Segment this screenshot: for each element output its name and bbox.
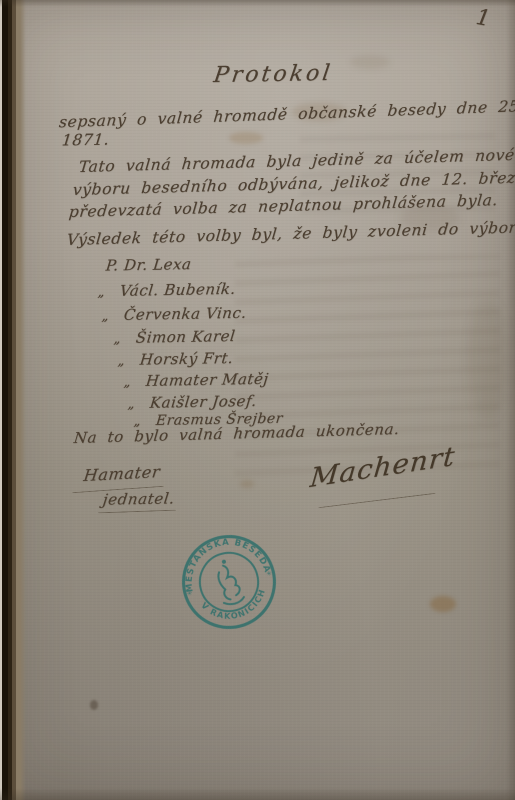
ditto-mark: „	[123, 375, 147, 390]
member-row: „Hamater Matěj	[123, 370, 270, 391]
member-name: Šimon Karel	[135, 327, 236, 347]
book-binding-edge	[0, 0, 26, 800]
paper-stain	[468, 300, 508, 420]
member-row: „Šimon Karel	[113, 327, 236, 347]
member-name: Václ. Bubeník.	[119, 280, 237, 300]
subtitle-line-2: 1871.	[61, 131, 110, 150]
member-row: „Červenka Vinc.	[101, 304, 248, 325]
member-name: Horský Frt.	[139, 349, 234, 369]
signature-left-role: jednatel.	[102, 489, 176, 508]
ditto-mark: „	[117, 354, 141, 369]
signature-role-underline	[98, 510, 176, 514]
elected-members-list: P. Dr. Lexa „Václ. Bubeník. „Červenka Vi…	[84, 256, 404, 441]
paper-stain	[90, 700, 98, 710]
result-line: Výsledek této volby byl, že byly zvoleni…	[66, 218, 515, 249]
signature-right-name: Machenrt	[309, 441, 457, 494]
signature-left-name: Hamater	[83, 462, 162, 485]
paper-stain	[229, 132, 263, 144]
paper-stain	[430, 596, 456, 612]
member-row: „Kaišler Josef.	[127, 392, 258, 412]
member-name: Červenka Vinc.	[123, 304, 248, 324]
paper-stain	[350, 55, 390, 69]
member-row: „Václ. Bubeník.	[97, 280, 237, 300]
member-name: P. Dr. Lexa	[105, 255, 192, 274]
ditto-mark: „	[113, 332, 137, 347]
page-number: 1	[474, 5, 493, 32]
ditto-mark: „	[97, 285, 121, 300]
right-edge-shadow	[506, 0, 515, 800]
subtitle-line-1: sepsaný o valné hromadě občanské besedy …	[58, 95, 515, 132]
round-seal-stamp: MĚŠŤANSKÁ BESEDA V RAKONICÍCH ✳ ✳	[168, 521, 289, 642]
member-row: „Horský Frt.	[117, 349, 234, 369]
ditto-mark: „	[127, 397, 151, 412]
paper-stain	[240, 480, 254, 488]
signature-right-flourish	[318, 493, 435, 508]
member-name: Hamater Matěj	[145, 370, 270, 390]
stamp-emblem	[214, 557, 245, 606]
document-title: Protokol	[212, 61, 334, 88]
document-scan-page: 1 Protokol sepsaný o valné hromadě občan…	[0, 0, 515, 800]
top-edge-shadow	[0, 0, 515, 7]
bottom-edge-shadow	[0, 788, 515, 800]
member-name: Kaišler Josef.	[149, 392, 258, 412]
member-row: P. Dr. Lexa	[83, 255, 193, 275]
ditto-mark: „	[101, 309, 125, 324]
